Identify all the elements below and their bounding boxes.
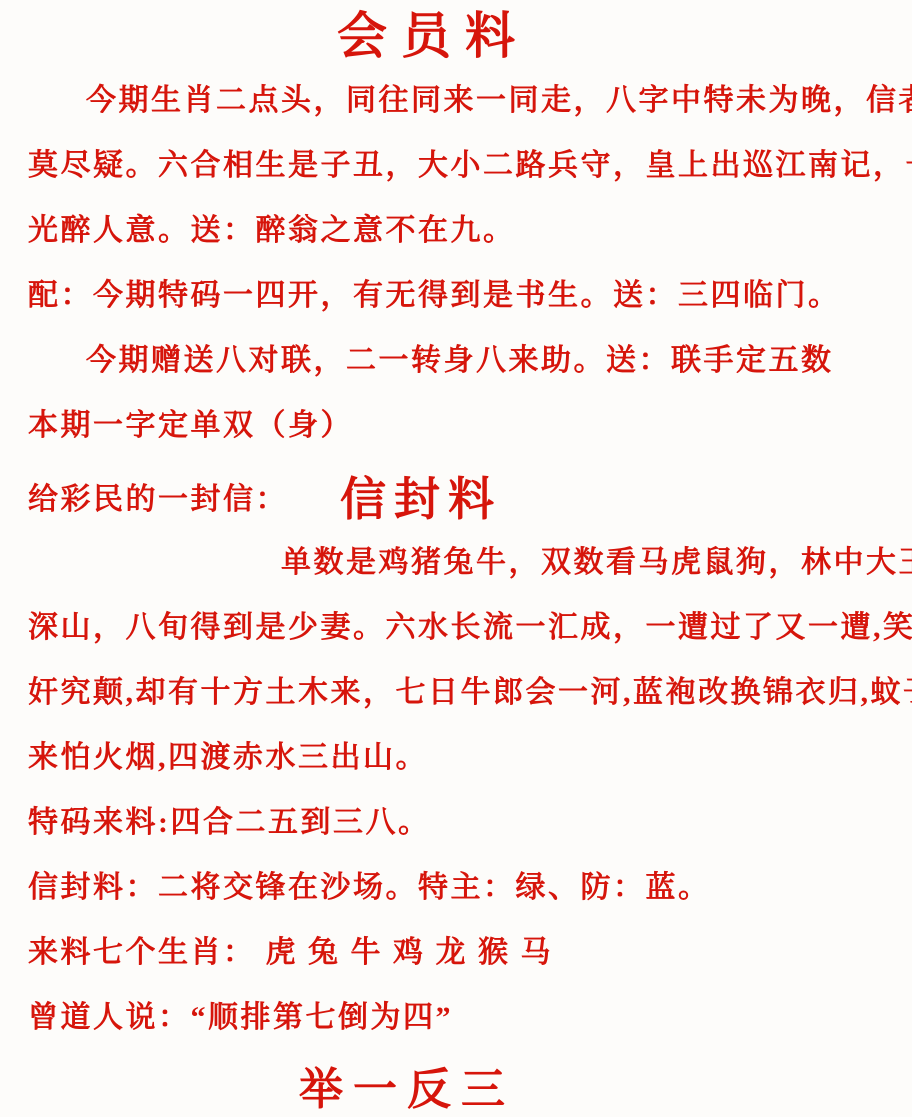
member-line-6: 本期一字定单双（身） xyxy=(28,407,882,445)
member-line-2: 莫尽疑。六合相生是子丑，大小二路兵守，皇上出巡江南记，一路风 xyxy=(28,147,882,185)
envelope-result-line: 信封料：二将交锋在沙场。特主：绿、防：蓝。 xyxy=(28,869,882,907)
member-line-1: 今期生肖二点头，同往同来一同走，八字中特未为晚，信者得求 xyxy=(28,82,882,120)
zodiac-line: 来料七个生肖： 虎 兔 牛 鸡 龙 猴 马 xyxy=(28,934,882,972)
member-line-5: 今期赠送八对联，二一转身八来助。送：联手定五数 xyxy=(28,342,882,380)
main-title: 会员料 xyxy=(6,6,860,66)
envelope-line-3: 奸究颠,却有十方土木来，七日牛郎会一河,蓝袍改换锦衣归,蚊子从 xyxy=(28,674,882,712)
member-line-3: 光醉人意。送：醉翁之意不在九。 xyxy=(28,212,882,250)
footer-title: 举一反三 xyxy=(0,1064,834,1116)
member-line-4: 配：今期特码一四开，有无得到是书生。送：三四临门。 xyxy=(28,277,882,315)
quote-line: 曾道人说：“顺排第七倒为四” xyxy=(28,999,882,1037)
envelope-line-1: 单数是鸡猪兔牛，双数看马虎鼠狗，林中大王出 xyxy=(28,544,882,582)
envelope-title: 信封料 xyxy=(340,472,502,528)
envelope-line-4: 来怕火烟,四渡赤水三出山。 xyxy=(28,739,882,777)
envelope-prefix: 给彩民的一封信： xyxy=(28,483,288,516)
envelope-heading-row: 给彩民的一封信：信封料 xyxy=(28,472,882,528)
special-code-line: 特码来料:四合二五到三八。 xyxy=(28,804,882,842)
envelope-line-2: 深山，八旬得到是少妻。六水长流一汇成，一遭过了又一遭,笑里藏刀 xyxy=(28,609,882,647)
tip-sheet-document: 会员料 今期生肖二点头，同往同来一同走，八字中特未为晚，信者得求 莫尽疑。六合相… xyxy=(0,0,912,1117)
